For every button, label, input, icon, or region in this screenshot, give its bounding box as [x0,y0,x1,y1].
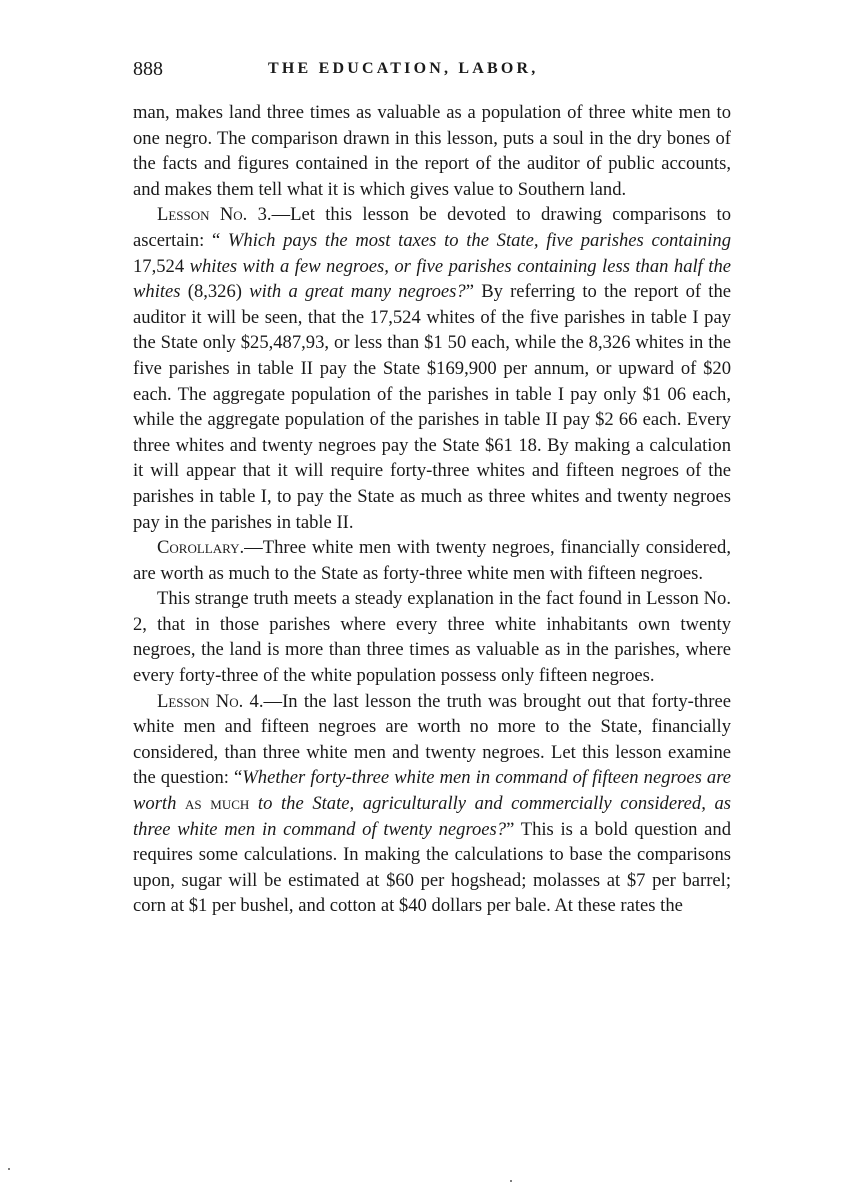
paragraph-lesson-3: Lesson No. 3.—Let this lesson be devoted… [133,202,731,535]
paragraph-text: ” By referring to the report of the audi… [133,281,731,532]
lesson-heading: Lesson No. 4. [157,691,263,712]
scan-speck [510,1180,512,1182]
small-caps-emphasis: as much [185,793,249,814]
number-text: (8,326) [188,281,242,302]
paragraph-text: man, makes land three times as valuable … [133,102,731,200]
running-head: THE EDUCATION, LABOR, [268,60,539,78]
corollary-heading: Corollary. [157,537,244,558]
number-text: 17,524 [133,256,184,277]
page-number: 888 [133,58,163,81]
paragraph-lesson-4: Lesson No. 4.—In the last lesson the tru… [133,689,731,919]
paragraph-text: This strange truth meets a steady explan… [133,588,731,686]
paragraph-corollary: Corollary.—Three white men with twenty n… [133,535,731,586]
paragraph-continuation: man, makes land three times as valuable … [133,100,731,202]
page-header: 888 THE EDUCATION, LABOR, [133,58,731,84]
page-body: man, makes land three times as valuable … [133,100,731,919]
scan-speck [8,1168,10,1170]
italic-question: with a great many negroes? [242,281,466,302]
paragraph-explanation: This strange truth meets a steady explan… [133,586,731,688]
lesson-heading: Lesson No. 3. [157,204,272,225]
italic-question: Which pays the most taxes to the State, … [228,230,731,251]
